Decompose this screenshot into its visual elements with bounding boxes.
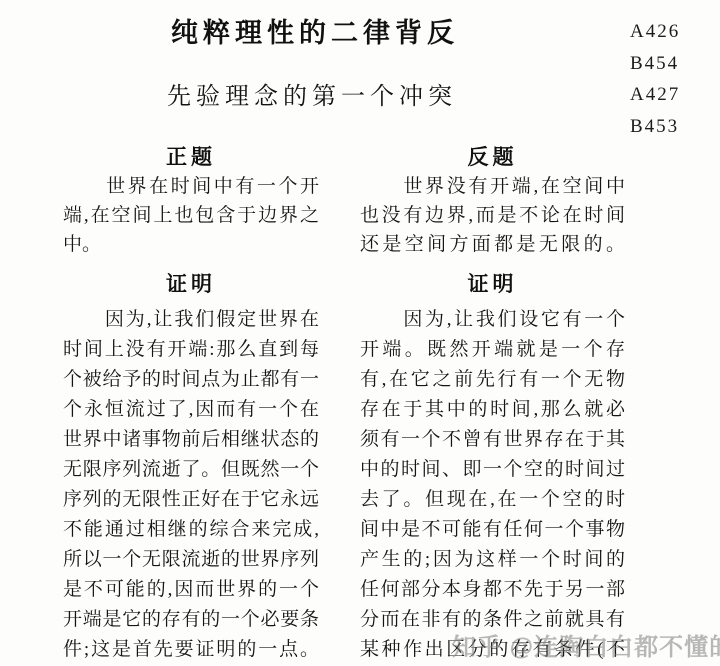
- thesis-header: 正题: [63, 144, 319, 172]
- text-line: 因为,让我们设它有一个: [360, 305, 625, 335]
- thesis-proof-text: 因为,让我们假定世界在时间上没有开端:那么直到每个被给予的时间点为止都有一个永恒…: [63, 305, 319, 665]
- thesis-statement: 世界在时间中有一个开端,在空间上也包含于边界之中。: [63, 172, 319, 259]
- antithesis-proof-header: 证明: [360, 271, 625, 299]
- book-page-scan: 纯粹理性的二律背反 A426B454A427B453 先验理念的第一个冲突 正题…: [0, 0, 720, 666]
- margin-note: B454: [630, 48, 718, 80]
- text-line: 还是空间方面都是无限的。: [360, 230, 625, 259]
- text-line: 须有一个不曾有世界存在于其: [360, 425, 625, 455]
- text-line: 开端。既然开端就是一个存: [360, 335, 625, 365]
- text-line: 序列的无限性正好在于它永远: [63, 485, 319, 515]
- antithesis-statement: 世界没有开端,在空间中也没有边界,而是不论在时间还是空间方面都是无限的。: [360, 172, 625, 259]
- text-line: 个被给予的时间点为止都有一: [63, 365, 319, 395]
- text-line: 产生的;因为这样一个时间的: [360, 545, 625, 575]
- text-line: 间中是不可能有任何一个事物: [360, 515, 625, 545]
- text-line: 个永恒流过了,因而有一个在: [63, 395, 319, 425]
- text-line: 去了。但现在,在一个空的时: [360, 485, 625, 515]
- text-line: 端,在空间上也包含于边界之: [63, 201, 319, 230]
- margin-note: A427: [630, 79, 718, 111]
- antithesis-proof-text: 因为,让我们设它有一个开端。既然开端就是一个存有,在它之前先行有一个无物存在于其…: [360, 305, 625, 665]
- zhihu-watermark: 知乎 @连陶白白都不懂的: [452, 627, 720, 662]
- thesis-proof-header: 证明: [63, 271, 319, 299]
- text-line: 因为,让我们假定世界在: [63, 305, 319, 335]
- text-line: 中。: [63, 230, 319, 259]
- text-line: 有,在它之前先行有一个无物: [360, 365, 625, 395]
- margin-note: A426: [630, 16, 718, 48]
- text-line: 世界没有开端,在空间中: [360, 172, 625, 201]
- text-line: 不能通过相继的综合来完成,: [63, 515, 319, 545]
- page-title: 纯粹理性的二律背反: [0, 11, 630, 50]
- text-line: 中的时间、即一个空的时间过: [360, 455, 625, 485]
- text-line: 世界中诸事物前后相继状态的: [63, 425, 319, 455]
- thesis-column: 正题 世界在时间中有一个开端,在空间上也包含于边界之中。 证明 因为,让我们假定…: [63, 144, 319, 665]
- text-line: 任何部分本身都不先于另一部: [360, 575, 625, 605]
- section-subtitle: 先验理念的第一个冲突: [0, 76, 624, 111]
- margin-pagination-notes: A426B454A427B453: [630, 16, 718, 142]
- text-line: 是不可能的,因而世界的一个: [63, 575, 319, 605]
- margin-note: B453: [630, 111, 718, 143]
- text-line: 件;这是首先要证明的一点。: [63, 635, 319, 665]
- text-line: 开端是它的存有的一个必要条: [63, 605, 319, 635]
- text-line: 世界在时间中有一个开: [63, 172, 319, 201]
- text-line: 无限序列流逝了。但既然一个: [63, 455, 319, 485]
- text-line: 也没有边界,而是不论在时间: [360, 201, 625, 230]
- antithesis-column: 反题 世界没有开端,在空间中也没有边界,而是不论在时间还是空间方面都是无限的。 …: [360, 144, 625, 665]
- text-line: 存在于其中的时间,那么就必: [360, 395, 625, 425]
- text-line: 时间上没有开端:那么直到每: [63, 335, 319, 365]
- antithesis-header: 反题: [360, 144, 625, 172]
- text-line: 所以一个无限流逝的世界序列: [63, 545, 319, 575]
